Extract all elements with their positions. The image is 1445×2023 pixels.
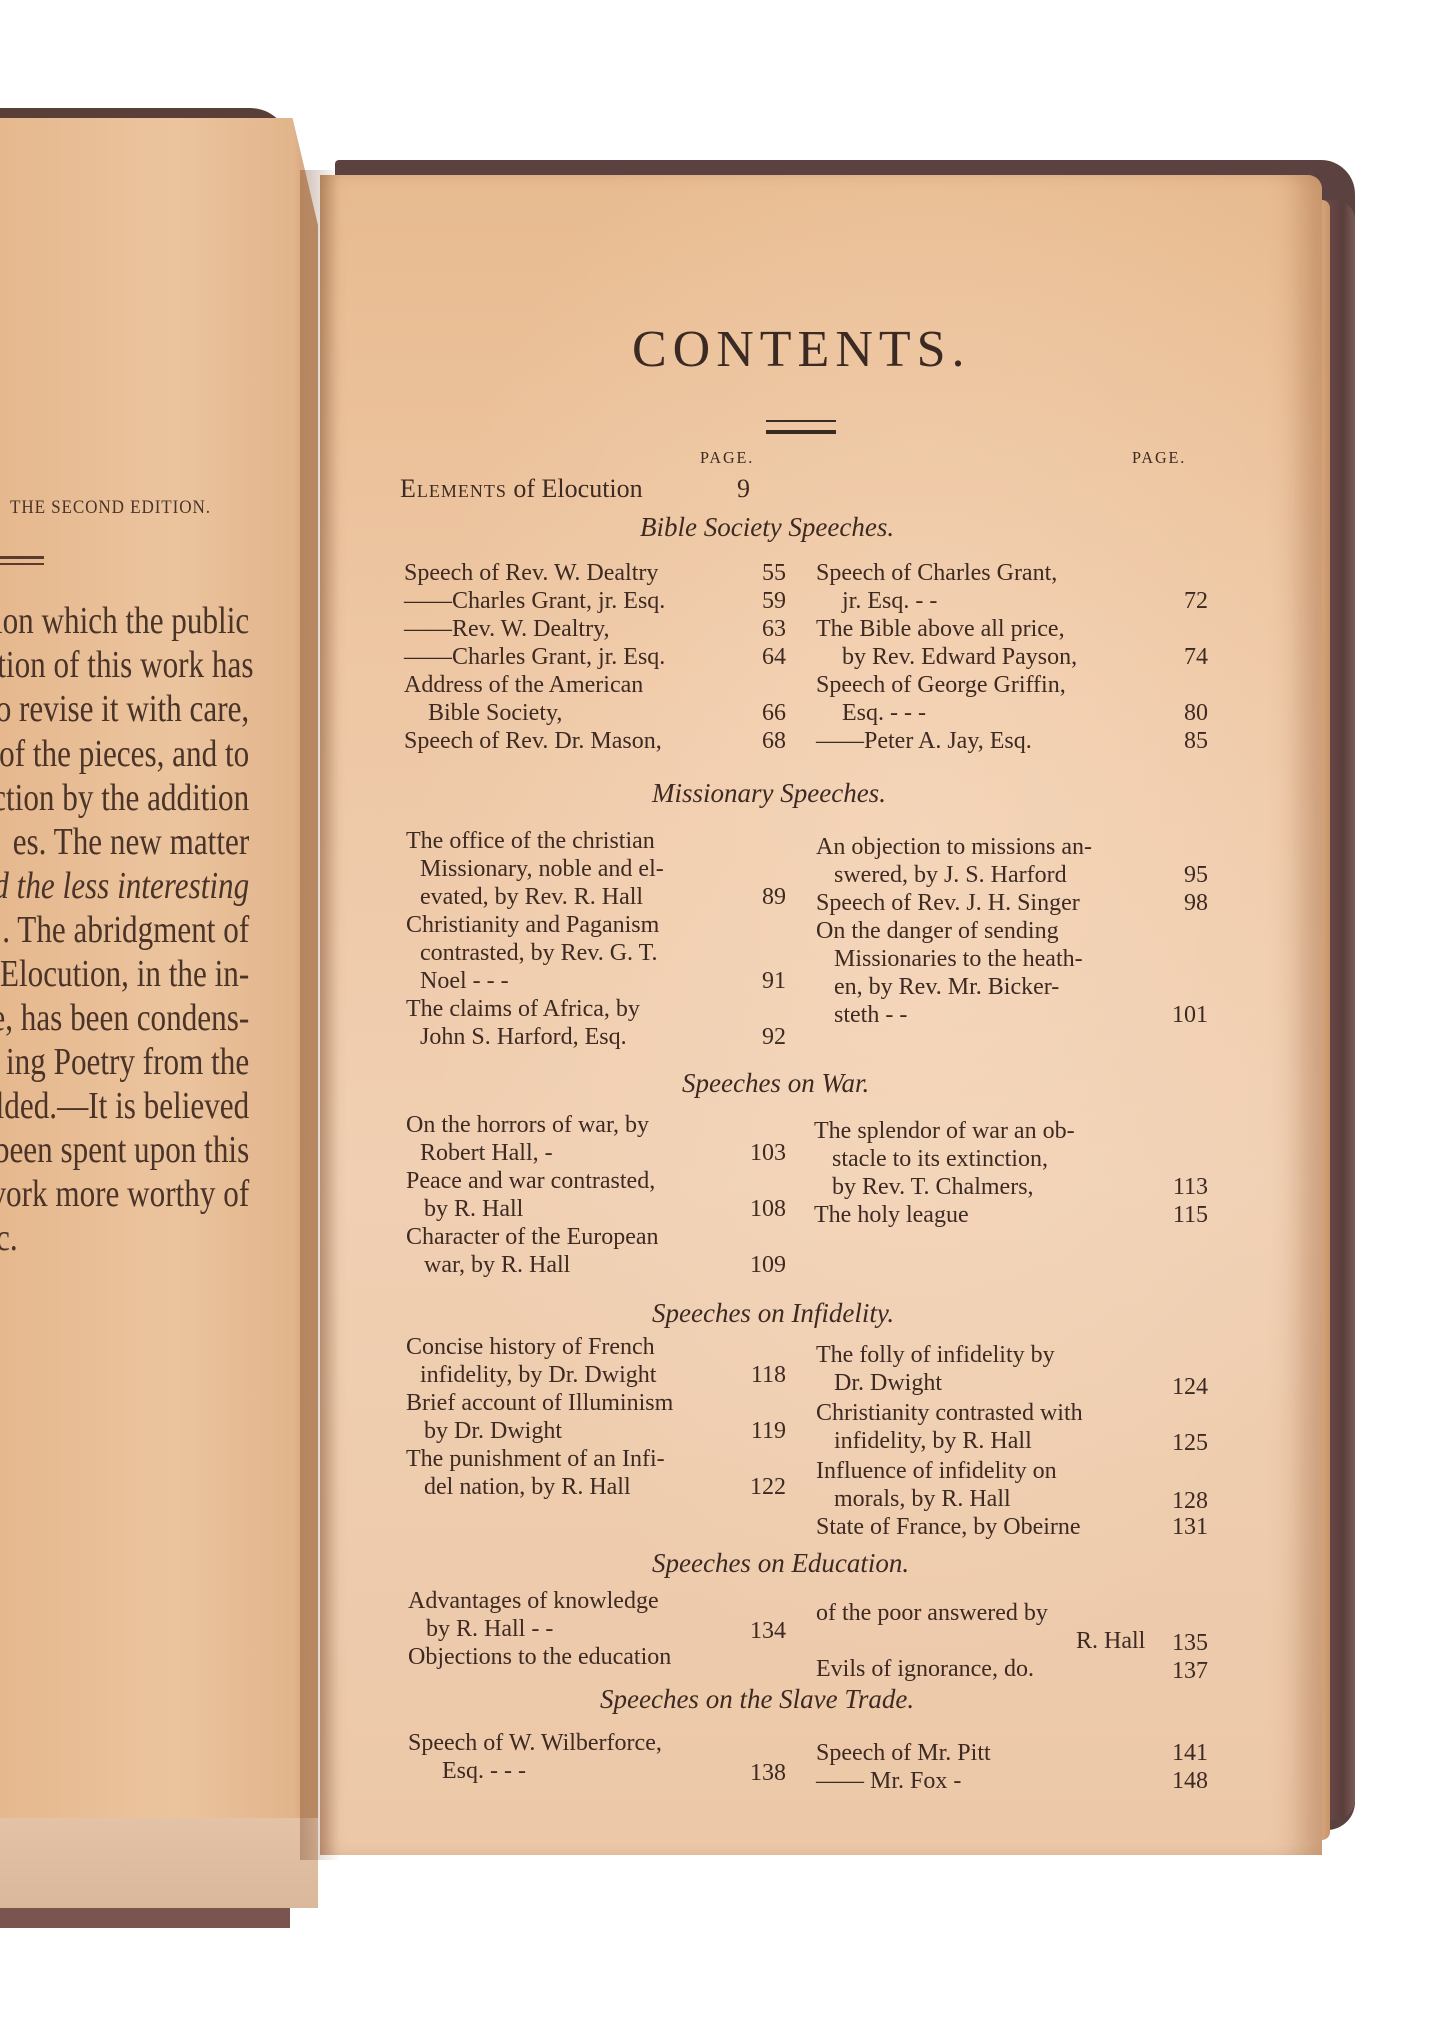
entry-line: John S. Harford, Esq. — [420, 1024, 627, 1050]
title-rule — [766, 420, 836, 434]
entry-line: Evils of ignorance, do. — [816, 1656, 1034, 1682]
entry-page-number: 131 — [1144, 1514, 1208, 1541]
entry-line: ——Charles Grant, jr. Esq. — [404, 644, 665, 670]
entry-page-number: 122 — [722, 1474, 786, 1501]
entry-line: Dr. Dwight — [834, 1370, 942, 1396]
entry-line: On the horrors of war, by — [406, 1112, 649, 1138]
entry-line: infidelity, by Dr. Dwight — [420, 1362, 656, 1388]
entry-line: Speech of Rev. W. Dealtry — [404, 560, 658, 586]
entry-line: Noel - - - — [420, 968, 509, 994]
entry-line: Concise history of French — [406, 1334, 655, 1360]
entry-line: ——Peter A. Jay, Esq. — [816, 728, 1032, 754]
entry-page-number: 66 — [728, 700, 786, 727]
entry-line: evated, by Rev. R. Hall — [420, 884, 643, 910]
entry-line: Speech of Mr. Pitt — [816, 1740, 991, 1766]
entry-page-number: 135 — [1144, 1630, 1208, 1657]
preface-line: lection by the addition — [0, 775, 249, 821]
entry-page-number: 118 — [722, 1362, 786, 1389]
entry-line: The holy league — [814, 1202, 969, 1228]
entry-page-number: 124 — [1144, 1374, 1208, 1401]
entry-line: Peace and war contrasted, — [406, 1168, 655, 1194]
entry-line: by R. Hall — [424, 1196, 523, 1222]
entry-page-number: 148 — [1144, 1768, 1208, 1795]
entry-line: Brief account of Illuminism — [406, 1390, 673, 1416]
entry-line: Missionaries to the heath- — [834, 946, 1083, 972]
preface-line: Edition of this work has — [0, 642, 249, 688]
entry-line: morals, by R. Hall — [834, 1486, 1011, 1512]
entry-line: Esq. - - - — [442, 1758, 526, 1784]
entry-line: The punishment of an Infi- — [406, 1446, 665, 1472]
entry-line: by Dr. Dwight — [424, 1418, 562, 1444]
page-title: CONTENTS. — [632, 320, 971, 379]
entry-page-number: 98 — [1150, 890, 1208, 917]
entry-page-number: 103 — [722, 1140, 786, 1167]
entry-page-number: 89 — [728, 884, 786, 911]
entry-page-number: 138 — [722, 1760, 786, 1787]
preface-line: e, has been condens- — [0, 995, 249, 1041]
entry-line: by Rev. Edward Payson, — [842, 644, 1077, 670]
entry-line: ——Rev. W. Dealtry, — [404, 616, 610, 642]
entry-line: stacle to its extinction, — [832, 1146, 1048, 1172]
edition-heading: THE SECOND EDITION. — [10, 497, 211, 519]
section-heading: Speeches on Infidelity. — [652, 1298, 894, 1329]
entry-page-number: 74 — [1150, 644, 1208, 671]
toc-entry-elements: Elements of Elocution — [400, 474, 643, 504]
entry-line: Speech of Rev. J. H. Singer — [816, 890, 1080, 916]
entry-line: of the poor answered by — [816, 1600, 1048, 1626]
preface-line: c. — [0, 1215, 18, 1261]
preface-line: es. The new matter — [0, 819, 249, 865]
entry-line: An objection to missions an- — [816, 834, 1092, 860]
entry-line: swered, by J. S. Harford — [834, 862, 1067, 888]
entry-line: Speech of W. Wilberforce, — [408, 1730, 662, 1756]
entry-line: The splendor of war an ob- — [814, 1118, 1075, 1144]
entry-line: en, by Rev. Mr. Bicker- — [834, 974, 1059, 1000]
entry-page-number: 92 — [728, 1024, 786, 1051]
preface-line: t of the pieces, and to — [0, 731, 249, 777]
preface-line: vork more worthy of — [0, 1171, 249, 1217]
entry-title-smallcaps: Elements — [400, 474, 507, 503]
page-column-header-right: PAGE. — [1132, 448, 1186, 468]
entry-line: Speech of Rev. Dr. Mason, — [404, 728, 662, 754]
preface-line: Elocution, in the in- — [0, 951, 249, 997]
entry-line: Speech of George Griffin, — [816, 672, 1066, 698]
entry-page-number: 91 — [728, 968, 786, 995]
preface-line: otion which the public — [0, 598, 249, 644]
entry-page-number: 108 — [722, 1196, 786, 1223]
entry-page-number: 9 — [720, 474, 750, 504]
entry-line: war, by R. Hall — [424, 1252, 570, 1278]
gutter-shadow — [300, 170, 340, 1860]
entry-line: ——Charles Grant, jr. Esq. — [404, 588, 665, 614]
entry-page-number: 134 — [722, 1618, 786, 1645]
entry-page-number: 63 — [728, 616, 786, 643]
entry-line: infidelity, by R. Hall — [834, 1428, 1032, 1454]
edition-rule — [0, 556, 44, 565]
left-page-bottom-edge — [0, 1818, 318, 1908]
entry-line: Speech of Charles Grant, — [816, 560, 1057, 586]
entry-line: Esq. - - - — [842, 700, 926, 726]
entry-page-number: 109 — [722, 1252, 786, 1279]
entry-page-number: 113 — [1144, 1174, 1208, 1201]
entry-page-number: 137 — [1144, 1658, 1208, 1685]
entry-line: The claims of Africa, by — [406, 996, 640, 1022]
preface-line: to revise it with care, — [0, 686, 249, 732]
entry-line: The Bible above all price, — [816, 616, 1065, 642]
entry-page-number: 119 — [722, 1418, 786, 1445]
entry-page-number: 59 — [728, 588, 786, 615]
section-heading: Speeches on War. — [682, 1068, 869, 1099]
preface-line: lded.—It is believed — [0, 1083, 249, 1129]
entry-line: Address of the American — [404, 672, 643, 698]
page-column-header-left: PAGE. — [700, 448, 754, 468]
entry-line: Christianity and Paganism — [406, 912, 659, 938]
entry-line: State of France, by Obeirne — [816, 1514, 1081, 1540]
entry-page-number: 128 — [1144, 1488, 1208, 1515]
entry-page-number: 95 — [1150, 862, 1208, 889]
preface-line: d the less interesting — [0, 863, 249, 909]
entry-line: by Rev. T. Chalmers, — [832, 1174, 1034, 1200]
section-heading: Bible Society Speeches. — [640, 512, 894, 543]
entry-line: Bible Society, — [428, 700, 562, 726]
preface-line: ing Poetry from the — [0, 1039, 249, 1085]
entry-page-number: 85 — [1150, 728, 1208, 755]
entry-page-number: 64 — [728, 644, 786, 671]
entry-page-number: 72 — [1150, 588, 1208, 615]
entry-page-number: 141 — [1144, 1740, 1208, 1767]
entry-line: steth - - — [834, 1002, 907, 1028]
entry-line: R. Hall — [1076, 1628, 1145, 1654]
entry-line: del nation, by R. Hall — [424, 1474, 631, 1500]
entry-line: contrasted, by Rev. G. T. — [420, 940, 658, 966]
entry-line: Advantages of knowledge — [408, 1588, 659, 1614]
entry-line: The folly of infidelity by — [816, 1342, 1055, 1368]
entry-line: On the danger of sending — [816, 918, 1059, 944]
entry-line: Character of the European — [406, 1224, 659, 1250]
entry-line: by R. Hall - - — [426, 1616, 553, 1642]
entry-page-number: 55 — [728, 560, 786, 587]
entry-line: Objections to the education — [408, 1644, 671, 1670]
entry-page-number: 115 — [1144, 1202, 1208, 1229]
entry-line: Robert Hall, - — [420, 1140, 553, 1166]
entry-page-number: 125 — [1144, 1430, 1208, 1457]
entry-title: of Elocution — [513, 474, 642, 503]
section-heading: Speeches on the Slave Trade. — [600, 1684, 914, 1715]
entry-line: jr. Esq. - - — [842, 588, 937, 614]
entry-line: —— Mr. Fox - — [816, 1768, 961, 1794]
section-heading: Missionary Speeches. — [652, 778, 886, 809]
entry-page-number: 80 — [1150, 700, 1208, 727]
preface-line: . The abridgment of — [0, 907, 249, 953]
entry-line: Missionary, noble and el- — [420, 856, 664, 882]
preface-line: been spent upon this — [0, 1127, 249, 1173]
entry-line: The office of the christian — [406, 828, 655, 854]
section-heading: Speeches on Education. — [652, 1548, 909, 1579]
entry-line: Christianity contrasted with — [816, 1400, 1083, 1426]
entry-page-number: 101 — [1150, 1002, 1208, 1029]
entry-page-number: 68 — [728, 728, 786, 755]
entry-line: Influence of infidelity on — [816, 1458, 1057, 1484]
